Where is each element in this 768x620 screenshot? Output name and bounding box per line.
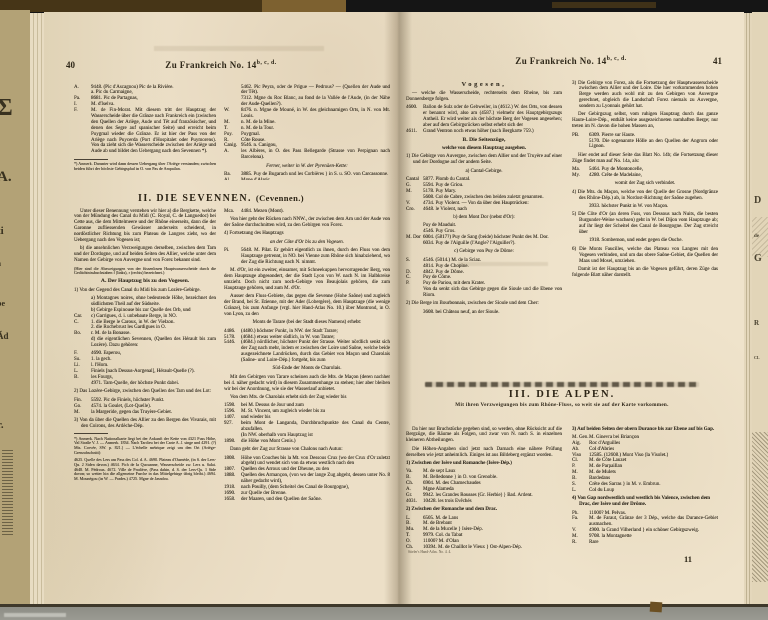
entry-label: Mca. — [224, 209, 241, 215]
running-title-superscript: b, c, d. — [257, 60, 277, 66]
entry-text: d) die eigentlichen Sevennen, (Quellen d… — [91, 337, 216, 349]
entry-text: 10428. les trois Evêchés — [423, 499, 562, 505]
entry-line: 1918. Sombernon, und endet gegen die Ouc… — [572, 238, 718, 244]
edge-text-fragment — [2, 450, 13, 536]
entry-text: 5462. Pic Peyra, oder de Prigue — Pedrou… — [241, 85, 390, 97]
entry-label: 4611. — [406, 129, 423, 135]
text-block-hang: 2) Die Berge im Bourbonnais, zwischen de… — [406, 301, 562, 307]
text-block-para: Die Höhen-Angaben sind jetzt nach Darnac… — [406, 447, 562, 459]
entry-line: d) die eigentlichen Sevennen, (Quellen d… — [74, 337, 216, 349]
text-block-bhang: 4) Von Gap nordwestlich und westlich bis… — [572, 496, 718, 508]
entry-label — [406, 310, 423, 316]
text-block-hang: 1) Von der Gegend des Canal du Midi bis … — [74, 288, 216, 294]
text-block-entries: Ba.3885. Puy de Bugarach und les Corbièr… — [224, 172, 390, 180]
entry-text: Col du Loup — [589, 488, 718, 494]
text-block-entries: S.4546. (5014.) M. de la Sciaz.4814. Puy… — [406, 258, 562, 299]
entry-text: 6034. Puy de l'Aiguille (l'Angle? l'Aigu… — [423, 241, 562, 247]
entry-text: la Margeride, gegen das Truyère-Gebiet. — [91, 410, 216, 416]
text-block-rule — [74, 433, 108, 434]
entry-label: 927. — [224, 421, 241, 433]
entry-text: 4648. le Violent, nach — [423, 207, 562, 213]
entry-text: a) Montagnes noires, ohne bedeutende Höh… — [91, 296, 216, 308]
text-block-hang: 3) Von da über die Quellen des Allier zu… — [74, 418, 216, 430]
entry-label — [74, 296, 91, 308]
entry-line: 7312. Mgne du Roc Blanc, au fond de la V… — [224, 96, 390, 108]
text-block-fn: 4625. Quelle des Lers am Pass des Col. d… — [74, 458, 216, 482]
column-left-lower: Da hier nur Bruchstücke gegeben sind, so… — [406, 424, 562, 550]
text-block-ctr: Monts de Tarare (bei der Stadt dieses Na… — [224, 320, 390, 326]
entry-text: M. de Faraut, Gränze der 3 Dép., welche … — [589, 516, 718, 528]
text-block-cit: an der Côte d'Or bis zu den Vogesen. — [224, 240, 390, 246]
ink-showthrough-bar — [425, 382, 700, 387]
text-block-entries: L.6505. M. de LansB.M. de BrebantMu.M. d… — [406, 516, 562, 550]
edge-letter: Ãd — [0, 332, 9, 341]
top-book-edge — [0, 0, 768, 12]
lower-section: Da hier nur Bruchstücke gegeben sind, so… — [406, 424, 718, 550]
running-title-superscript: b, c, d. — [607, 56, 627, 62]
text-block-entries: 3933. höchster Punkt in W. von Maçon. — [572, 204, 718, 210]
entry-label: L. — [572, 488, 589, 494]
text-block-ctr: b) dem Mont Dor (nebst d'Or): — [406, 215, 562, 221]
entry-text: Quellen des Armançon, (von wo der lange … — [241, 473, 390, 485]
page-stack-left — [30, 13, 44, 606]
entry-line: L.Col du Loup — [572, 488, 718, 494]
book-scan: ΣA.tiabeÃdr. DdeGRCL 40 Zu Frankreich No… — [0, 0, 768, 620]
alpen-heading: III. DIE ALPEN. — [406, 389, 718, 400]
text-block-ctr: Süd-Ende der Monts de Charolais. — [224, 366, 390, 372]
ink-showthrough — [154, 46, 324, 51]
entry-line: Cro.4648. le Violent, nach — [406, 207, 562, 213]
entry-label: F. — [74, 108, 91, 155]
entry-line: 3608. bei Château neuf, an der Sioule. — [406, 310, 562, 316]
text-block-entries: Pi.5648. M. Pilat. Er gehört eigentlich … — [224, 248, 390, 266]
entry-text: 4971. Tarn-Quelle, der höchste Punkt dab… — [91, 381, 216, 387]
upper-section: Vogesen,— welche die Wasserscheide, rech… — [406, 78, 718, 378]
edge-letter: Σ — [0, 96, 13, 120]
text-block-entries: 1918. Sombernon, und endet gegen die Ouc… — [572, 238, 718, 244]
entry-label: W. — [224, 108, 241, 120]
entry-line: a) Montagnes noires, ohne bedeutende Höh… — [74, 296, 216, 308]
edge-letter: r. — [0, 420, 4, 431]
text-block-para: Der Gebirgszug selbst, vom ruhigen Haupt… — [572, 112, 718, 130]
entry-text: Grand Ventron noch etwas höher (nach Ber… — [423, 129, 562, 135]
scanner-watermark — [4, 613, 66, 617]
previous-page-edge: ΣA.tiabeÃdr. — [0, 10, 30, 606]
text-block-entries: PB.6309. Pierre sur Haute.5170. Die soge… — [572, 133, 718, 151]
text-block-entries: Mca.4484. Mezen (Mont). — [224, 209, 390, 215]
entry-text: Ballon de Sulz oder de Gebweiler, in (46… — [423, 105, 562, 129]
entry-label: 1658. — [224, 497, 241, 503]
entry-line: F.M. de Fin-Morat. Mit diesem tritt der … — [74, 108, 216, 155]
sevennen-heading: II. DIE SEVENNEN. (Cevennen.) — [44, 188, 398, 206]
text-block-hang: 4) Die Mts. du Maçon, welche von der Que… — [572, 190, 718, 202]
entry-line: 4600.Ballon de Sulz oder de Gebweiler, i… — [406, 105, 562, 129]
entry-line: 5170. Die sogenannte Hölle an den Quelle… — [572, 139, 718, 151]
text-block-bhang: 1) Zwischen der Isère und Romanche (Isèr… — [406, 461, 562, 467]
entry-line: 1898.die Höhe von Mont Cenis.) — [224, 439, 390, 445]
text-block-sp: Vogesen, — [406, 81, 562, 89]
text-block-cit: Ferner, weiter in W. der Pyrenäen-Kette: — [224, 164, 390, 170]
text-block-hang: 4) Fortsetzung des Hauptzugs — [224, 231, 390, 237]
running-title-text: Zu Frankreich No. 14 — [165, 60, 256, 70]
left-page: 40 Zu Frankreich No. 14b, c, d. A.9448. … — [44, 12, 398, 604]
entry-label: Cro. — [406, 207, 423, 213]
map-page-edge: DdeGRCL — [752, 12, 768, 604]
entry-text: 4280. Crête de Madelaine, — [589, 173, 718, 179]
entry-text: M. de Fin-Morat. Mit diesem tritt der Ha… — [91, 108, 216, 155]
sevennen-heading-main: II. DIE SEVENNEN. — [138, 193, 252, 204]
entry-line: 5446.(4684.) nördlicher, höchster Punkt … — [224, 340, 390, 364]
bottom-book-edge — [0, 604, 768, 620]
text-block-hang: 3) Die Gebirge von Forez, als die Fortse… — [572, 81, 718, 110]
text-block-para: b) die ansehnlichen Verzweigungen dersel… — [74, 246, 216, 264]
text-block-para: Unter dieser Benennung verstehen wir hie… — [74, 209, 216, 244]
column-right-upper: 3) Die Gebirge von Forez, als die Fortse… — [572, 78, 718, 378]
entry-text: 1918. Sombernon, und endet gegen die Ouc… — [589, 238, 718, 244]
text-block-rule — [74, 159, 108, 160]
entry-text: (4684.) nördlicher, höchster Punkt der S… — [241, 340, 390, 364]
edge-letter: A. — [0, 170, 12, 185]
entry-line: 5462. Pic Peyra, oder de Prigue — Pedrou… — [224, 85, 390, 97]
page-number-right: 41 — [713, 56, 722, 66]
text-block-entries: Cantal5877. Plomb du Cantal.G.5594. Puy … — [406, 177, 562, 212]
entry-line: W.8476. n. Mgne de Mouné, in W. des glei… — [224, 108, 390, 120]
text-block-entries: A.9448. (Pic d'Ascagnou) Pic de la Riviè… — [74, 85, 216, 156]
text-block-cb: A. Der Hauptzug bis zu den Vogesen. — [74, 278, 216, 285]
text-block-ctr: a) Cantal-Gebirge. — [406, 169, 562, 175]
alpen-heading-block: III. DIE ALPEN. Mit ihren Verzweigungen … — [406, 382, 718, 408]
entry-label — [572, 139, 589, 151]
entry-line: Mca.4484. Mezen (Mont). — [224, 209, 390, 215]
alpen-subtitle: Mit ihren Verzweigungen bis zum Rhône-Fl… — [406, 402, 718, 408]
text-block-entries: Ph.11000? M. Pelvas.Fa.M. de Faraut, Grä… — [572, 511, 718, 546]
entry-label: Al. — [224, 178, 241, 180]
text-block-entries: Va.M. de sept LauxB.M. Belledonne } in O… — [406, 469, 562, 504]
text-block-entries: Fin.5592. Pic de Finiels, höchster Punkt… — [74, 398, 216, 416]
entry-text: les Albères, in O. des Pass Bellegarde (… — [241, 149, 390, 161]
entry-line: Pi.5648. M. Pilat. Er gehört eigentlich … — [224, 248, 390, 266]
sevennen-heading-paren: (Cevennen.) — [256, 193, 304, 203]
text-block-entries: Ma.5464. Puy de Montoncelle,My.4280. Crê… — [572, 167, 718, 179]
entry-line: 927.beim Mont de Langanda, Durchbruchpun… — [224, 421, 390, 433]
book-cover-edge-dark — [552, 2, 656, 8]
text-block-hang: 6) Die Monts Faucilles, welche das Plate… — [572, 247, 718, 265]
edge-letter: de — [754, 234, 759, 239]
entry-line: 1658.der Maaren, und den Quellen der Saô… — [224, 497, 390, 503]
entry-text: 5170. Die sogenannte Hölle an den Quelle… — [589, 139, 718, 151]
entry-label — [406, 241, 423, 247]
text-block-para: Von hier geht der Rücken nach NNW., der … — [224, 217, 390, 229]
entry-text: Rare — [589, 540, 718, 546]
column-left-main: Unter dieser Benennung verstehen wir hie… — [74, 206, 216, 596]
entry-text: Von da senkt sich das Gebirge gegen die … — [423, 287, 562, 299]
entry-label: Fa. — [572, 516, 589, 528]
text-block-bhang: 3) Auf beiden Seiten der obern Durance b… — [572, 427, 718, 433]
entry-label: 1808. — [224, 456, 241, 468]
column-right-top: 5462. Pic Peyra, oder de Prigue — Pedrou… — [224, 82, 390, 180]
text-block-ctr: womit der Zug sich verbindet. — [572, 181, 718, 187]
map-hatching — [752, 432, 768, 582]
text-block-para: Von dem Mts. de Charolais erhebt sich de… — [224, 395, 390, 401]
entry-line: 1808.Höhe von Couches bis la Mt. von Des… — [224, 456, 390, 468]
entry-text: 3933. höchster Punkt in W. von Maçon. — [589, 204, 718, 210]
entry-line: Fa.M. de Faraut, Gränze der 3 Dép., welc… — [572, 516, 718, 528]
edge-letter: G — [754, 254, 762, 264]
text-block-cb: B. Die Seitenzüge, — [406, 137, 562, 144]
edge-letter: D — [754, 196, 761, 206]
entry-line: 1888.Quellen des Armançon, (von wo der l… — [224, 473, 390, 485]
entry-text: Höhe von Couches bis la Mt. von Dessous … — [241, 456, 390, 468]
entry-label: A. — [224, 149, 241, 161]
entry-line: 4031.10428. les trois Evêchés — [406, 499, 562, 505]
edge-letter: be — [0, 300, 5, 308]
entry-text: 7312. Mgne du Roc Blanc, au fond de la V… — [241, 96, 390, 108]
sheet-number: 11 — [684, 554, 692, 564]
text-block-hang: 1) Die Gebirge von Auvergne, zwischen de… — [406, 154, 562, 166]
running-title-text: Zu Frankreich No. 14 — [515, 56, 606, 66]
text-block-fn: (Hier sind die Abzweigungen von der füss… — [74, 267, 216, 276]
running-title-right: Zu Frankreich No. 14b, c, d. — [398, 56, 744, 66]
text-block-entries: 3608. bei Château neuf, an der Sioule. — [406, 310, 562, 316]
right-page: Zu Frankreich No. 14b, c, d. 41 Vogesen,… — [398, 12, 744, 604]
text-block-entries: 5462. Pic Peyra, oder de Prigue — Pedrou… — [224, 85, 390, 162]
entry-label: 4600. — [406, 105, 423, 129]
entry-label — [406, 287, 423, 299]
entry-label: Pi. — [224, 248, 241, 266]
text-block-fn: *) Anmerk. Nach Nationalkarte liegt bei … — [74, 437, 216, 456]
edge-letter: a — [0, 260, 1, 268]
text-block-para: Ausser dem Fluss-Gebiete, das gegen die … — [224, 294, 390, 318]
entry-line: 4611.Grand Ventron noch etwas höher (nac… — [406, 129, 562, 135]
entry-label — [572, 204, 589, 210]
text-block-para: Da hier nur Bruchstücke gegeben sind, so… — [406, 427, 562, 445]
entry-text: beim Mont de Langanda, Durchbruchpunkte … — [241, 421, 390, 433]
text-block-entries: 4600.Ballon de Sulz oder de Gebweiler, i… — [406, 105, 562, 134]
publisher-imprint: Stieler's Hand-Atlas. No. 4. 4. — [408, 550, 451, 554]
entry-text: 4484. Mezen (Mont). — [241, 209, 390, 215]
entry-line: 4971. Tarn-Quelle, der höchste Punkt dab… — [74, 381, 216, 387]
entry-text: Mgne d'Alaric — [241, 178, 390, 180]
text-block-para: Mit den Gebirgen von Tarare scheinen auc… — [224, 375, 390, 393]
text-block-entries: M. Gen.M. Ginevra bei BriançonAig.Roc d'… — [572, 435, 718, 494]
edge-letter: CL — [754, 356, 760, 360]
column-left-top: A.9448. (Pic d'Ascagnou) Pic de la Riviè… — [74, 82, 216, 180]
page-stack-right — [744, 13, 752, 605]
text-block-para: Hier endet auf dieser Seite das Blatt No… — [572, 153, 718, 165]
entry-label — [224, 96, 241, 108]
main-section: Unter dieser Benennung verstehen wir hie… — [74, 206, 390, 596]
entry-line: M.la Margeride, gegen das Truyère-Gebiet… — [74, 410, 216, 416]
binding-tab — [650, 602, 663, 613]
entry-text: 3608. bei Château neuf, an der Sioule. — [423, 310, 562, 316]
entry-label — [572, 238, 589, 244]
column-right-main: Mca.4484. Mezen (Mont).Von hier geht der… — [224, 206, 390, 596]
text-block-entries: a) Montagnes noires, ohne bedeutende Höh… — [74, 296, 216, 349]
entry-line: R.Rare — [572, 540, 718, 546]
text-block-ctr: c) Gebirge von Puy de Dôme: — [406, 249, 562, 255]
edge-letter: ti — [0, 226, 4, 237]
entry-label — [74, 381, 91, 387]
book-cover-edge — [0, 0, 262, 12]
entry-line: Al.Mgne d'Alaric — [224, 178, 390, 180]
column-right-lower: 3) Auf beiden Seiten der obern Durance b… — [572, 424, 718, 550]
column-left-upper: Vogesen,— welche die Wasserscheide, rech… — [406, 78, 562, 378]
text-block-cb2: welche von diesem Hauptzug ausgehen. — [406, 146, 562, 152]
entry-label: 5446. — [224, 340, 241, 364]
entry-label — [74, 337, 91, 349]
edge-letter: R — [754, 320, 759, 327]
entry-label: R. — [572, 540, 589, 546]
text-block-para: Damit ist der Hauptzug bis an die Vogese… — [572, 267, 718, 279]
text-block-hang: 5) Die Côte d'Or (an deren Fuss, von Des… — [572, 212, 718, 236]
text-block-para: — welche die Wasserscheide, rechterseits… — [406, 91, 562, 103]
text-block-fn: *) Anmerk. Darunter wird dann dessen Ueb… — [74, 162, 216, 171]
text-block-entries: 1598.bei M. Dessus de Jour und zum1596.M… — [224, 403, 390, 444]
text-block-entries: F.4690. Esperou,Su.1. la gech.Li.l. l'Ho… — [74, 351, 216, 386]
entry-text: 5648. M. Pilat. Er gehört eigentlich zu … — [241, 248, 390, 266]
entry-line: A.les Albères, in O. des Pass Bellegarde… — [224, 149, 390, 161]
text-block-para: Dann geht der Zug zur Strasse von Chalon… — [224, 447, 390, 453]
entry-line: Von da senkt sich das Gebirge gegen die … — [406, 287, 562, 299]
entry-text: die Höhe von Mont Cenis.) — [241, 439, 390, 445]
book-cover-edge-light — [262, 0, 346, 12]
entry-label: 1888. — [224, 473, 241, 485]
entry-line: 6034. Puy de l'Aiguille (l'Angle? l'Aigu… — [406, 241, 562, 247]
entry-label — [224, 85, 241, 97]
entry-label: 1898. — [224, 439, 241, 445]
text-block-para: M. d'Or, ist ein zweiter, einsamer, mit … — [224, 268, 390, 292]
entry-text: 8476. n. Mgne de Mouné, in W. des gleich… — [241, 108, 390, 120]
top-section: A.9448. (Pic d'Ascagnou) Pic de la Riviè… — [74, 82, 390, 180]
entry-label: 4031. — [406, 499, 423, 505]
text-block-entries: 4486.(4480.) höchster Punkt, in NW. der … — [224, 329, 390, 364]
text-block-entries: Puy de Mauduit.4546. Puy Gros.M. Dor6004… — [406, 223, 562, 247]
running-title-left: Zu Frankreich No. 14b, c, d. — [44, 60, 398, 70]
entry-label: M. — [74, 410, 91, 416]
entry-line: 3933. höchster Punkt in W. von Maçon. — [572, 204, 718, 210]
entry-label: My. — [572, 173, 589, 179]
text-block-hang: 2) Das Lozère-Gebirge, zwischen den Quel… — [74, 389, 216, 395]
entry-line: My.4280. Crête de Madelaine, — [572, 173, 718, 179]
text-block-bhang: 2) Zwischen der Romanche und dem Drac. — [406, 507, 562, 513]
text-block-entries: 1808.Höhe von Couches bis la Mt. von Des… — [224, 456, 390, 503]
entry-text: der Maaren, und den Quellen der Saône. — [241, 497, 390, 503]
